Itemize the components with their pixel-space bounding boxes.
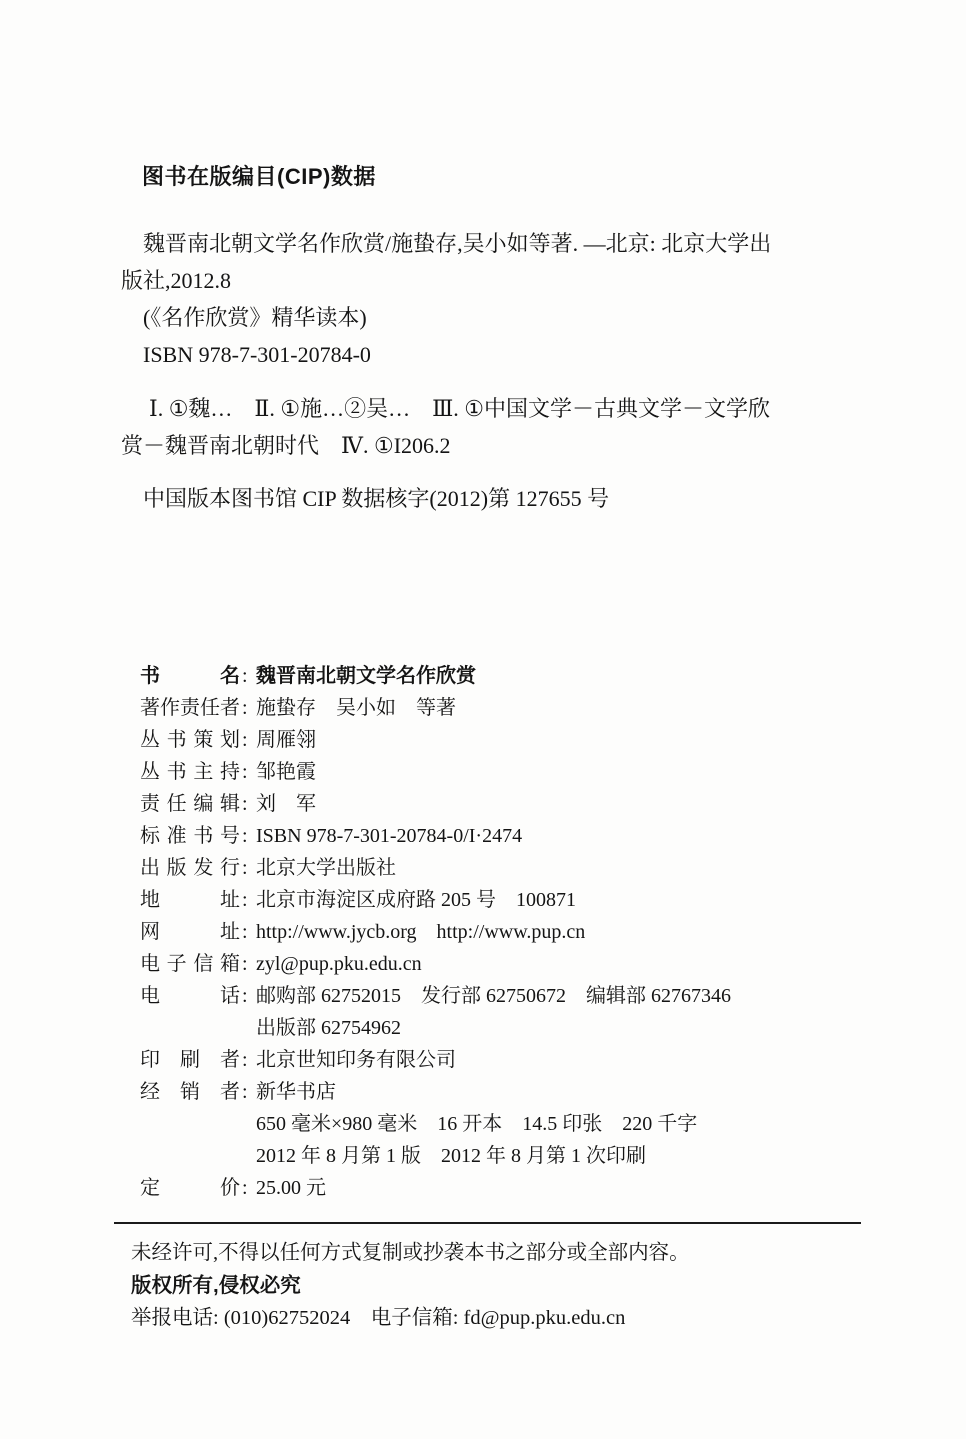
row-value: ISBN 978-7-301-20784-0/I·2474	[256, 820, 863, 852]
colophon-row-standard-isbn: 标准书号:ISBN 978-7-301-20784-0/I·2474	[140, 820, 863, 852]
row-value: 周雁翎	[256, 724, 863, 756]
report-contact-line: 举报电话: (010)62752024 电子信箱: fd@pup.pku.edu…	[131, 1302, 861, 1335]
cip-series-note: (《名作欣赏》精华读本)	[121, 299, 863, 336]
row-colon: :	[240, 660, 256, 692]
colophon-row-phone: 电话:邮购部 62752015 发行部 62750672 编辑部 6276734…	[140, 980, 863, 1012]
row-value: 邹艳霞	[256, 756, 863, 788]
row-colon	[240, 1108, 256, 1140]
row-colon: :	[240, 692, 256, 724]
row-colon: :	[240, 724, 256, 756]
row-label	[140, 1140, 240, 1172]
cip-classification: Ⅰ. ①魏… Ⅱ. ①施…②吴… Ⅲ. ①中国文学－古典文学－文学欣 赏－魏晋南…	[121, 390, 863, 464]
row-label: 网址	[140, 916, 240, 948]
row-colon	[240, 1012, 256, 1044]
colophon-row-printer: 印刷者:北京世知印务有限公司	[140, 1044, 863, 1076]
colophon-table: 书名:魏晋南北朝文学名作欣赏 著作责任者:施蛰存 吴小如 等著 丛书策划:周雁翎…	[140, 660, 863, 1204]
colophon-row-authors: 著作责任者:施蛰存 吴小如 等著	[140, 692, 863, 724]
colophon-row-book-title: 书名:魏晋南北朝文学名作欣赏	[140, 660, 863, 692]
row-colon: :	[240, 884, 256, 916]
row-value: 施蛰存 吴小如 等著	[256, 692, 863, 724]
row-label: 丛书主持	[140, 756, 240, 788]
row-label: 丛书策划	[140, 724, 240, 756]
cip-record-number: 中国版本图书馆 CIP 数据核字(2012)第 127655 号	[121, 480, 863, 517]
cip-title-line-2: 版社,2012.8	[121, 262, 863, 299]
colophon-row-series-host: 丛书主持:邹艳霞	[140, 756, 863, 788]
row-value: 2012 年 8 月第 1 版 2012 年 8 月第 1 次印刷	[256, 1140, 863, 1172]
colophon-row-distributor: 经销者:新华书店	[140, 1076, 863, 1108]
copyright-page: 图书在版编目(CIP)数据 魏晋南北朝文学名作欣赏/施蛰存,吴小如等著. —北京…	[0, 0, 966, 1439]
cip-class-line-1: Ⅰ. ①魏… Ⅱ. ①施…②吴… Ⅲ. ①中国文学－古典文学－文学欣	[121, 390, 863, 427]
row-label: 经销者	[140, 1076, 240, 1108]
row-value: 出版部 62754962	[256, 1012, 863, 1044]
row-value: 北京世知印务有限公司	[256, 1044, 863, 1076]
row-label	[140, 1108, 240, 1140]
row-label	[140, 1012, 240, 1044]
colophon-row-edition: 2012 年 8 月第 1 版 2012 年 8 月第 1 次印刷	[140, 1140, 863, 1172]
row-colon: :	[240, 916, 256, 948]
row-label: 电话	[140, 980, 240, 1012]
row-value: 邮购部 62752015 发行部 62750672 编辑部 62767346	[256, 980, 863, 1012]
row-colon: :	[240, 1044, 256, 1076]
row-label: 责任编辑	[140, 788, 240, 820]
row-value: http://www.jycb.org http://www.pup.cn	[256, 916, 863, 948]
row-label: 出版发行	[140, 852, 240, 884]
separator-rule	[114, 1222, 861, 1224]
row-label: 定价	[140, 1172, 240, 1204]
colophon-row-format-spec: 650 毫米×980 毫米 16 开本 14.5 印张 220 千字	[140, 1108, 863, 1140]
copy-prohibition-notice: 未经许可,不得以任何方式复制或抄袭本书之部分或全部内容。	[131, 1237, 861, 1270]
cip-isbn: ISBN 978-7-301-20784-0	[121, 336, 863, 373]
row-colon: :	[240, 1172, 256, 1204]
row-value: 新华书店	[256, 1076, 863, 1108]
row-value: 魏晋南北朝文学名作欣赏	[256, 660, 863, 692]
row-value: 650 毫米×980 毫米 16 开本 14.5 印张 220 千字	[256, 1108, 863, 1140]
colophon-row-editor: 责任编辑:刘 军	[140, 788, 863, 820]
row-colon: :	[240, 820, 256, 852]
cip-class-line-2: 赏－魏晋南北朝时代 Ⅳ. ①I206.2	[121, 427, 863, 464]
row-colon: :	[240, 788, 256, 820]
colophon-row-price: 定价:25.00 元	[140, 1172, 863, 1204]
colophon-row-website: 网址:http://www.jycb.org http://www.pup.cn	[140, 916, 863, 948]
row-value: zyl@pup.pku.edu.cn	[256, 948, 863, 980]
cip-block: 图书在版编目(CIP)数据 魏晋南北朝文学名作欣赏/施蛰存,吴小如等著. —北京…	[121, 162, 863, 517]
colophon-row-address: 地址:北京市海淀区成府路 205 号 100871	[140, 884, 863, 916]
row-value: 25.00 元	[256, 1172, 863, 1204]
row-label: 电子信箱	[140, 948, 240, 980]
row-colon: :	[240, 948, 256, 980]
row-colon: :	[240, 1076, 256, 1108]
cip-title-line-1: 魏晋南北朝文学名作欣赏/施蛰存,吴小如等著. —北京: 北京大学出	[121, 225, 863, 262]
row-label: 著作责任者	[140, 692, 240, 724]
row-colon	[240, 1140, 256, 1172]
row-label: 书名	[140, 660, 240, 692]
row-colon: :	[240, 852, 256, 884]
row-value: 刘 军	[256, 788, 863, 820]
colophon-row-phone-cont: 出版部 62754962	[140, 1012, 863, 1044]
row-label: 地址	[140, 884, 240, 916]
all-rights-reserved-notice: 版权所有,侵权必究	[131, 1270, 861, 1303]
colophon-row-email: 电子信箱:zyl@pup.pku.edu.cn	[140, 948, 863, 980]
colophon-row-publisher: 出版发行:北京大学出版社	[140, 852, 863, 884]
copyright-notices: 未经许可,不得以任何方式复制或抄袭本书之部分或全部内容。 版权所有,侵权必究 举…	[131, 1237, 861, 1335]
cip-heading: 图书在版编目(CIP)数据	[121, 162, 863, 192]
row-label: 印刷者	[140, 1044, 240, 1076]
row-colon: :	[240, 980, 256, 1012]
row-label: 标准书号	[140, 820, 240, 852]
row-value: 北京市海淀区成府路 205 号 100871	[256, 884, 863, 916]
row-colon: :	[240, 756, 256, 788]
colophon-row-series-planner: 丛书策划:周雁翎	[140, 724, 863, 756]
row-value: 北京大学出版社	[256, 852, 863, 884]
